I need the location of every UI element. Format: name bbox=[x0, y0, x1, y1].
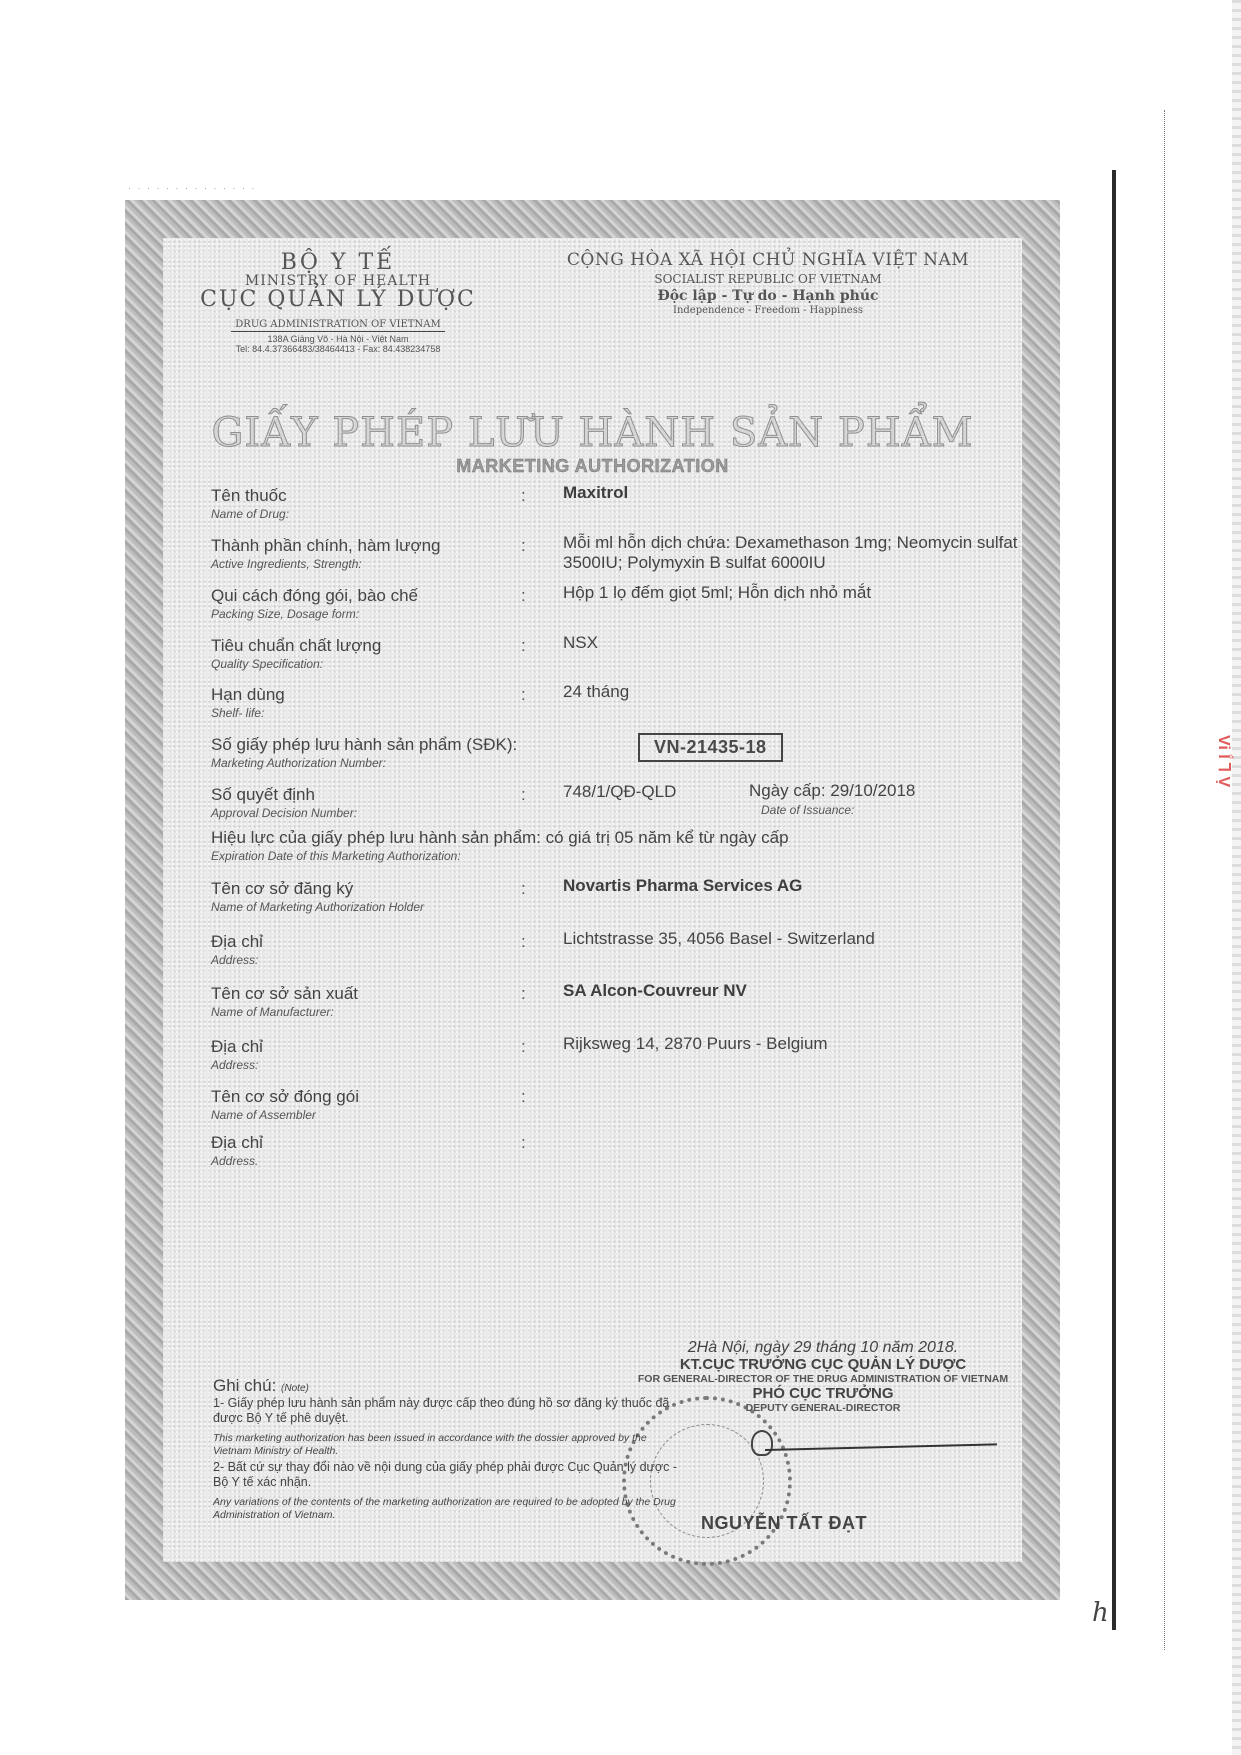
field-quality: Tiêu chuẩn chất lượng Quality Specificat… bbox=[211, 636, 1031, 671]
national-motto-en: Independence - Freedom - Happiness bbox=[538, 305, 998, 316]
agency-contact: Tel: 84.4.37366483/38464413 - Fax: 84.43… bbox=[173, 344, 503, 354]
colon: : bbox=[521, 1037, 526, 1057]
field-value: NSX bbox=[563, 633, 1033, 653]
note-1-en: This marketing authorization has been is… bbox=[213, 1432, 683, 1458]
registration-number-box: VN-21435-18 bbox=[638, 733, 783, 762]
field-label-en: Shelf- life: bbox=[211, 706, 1031, 720]
note-1: 1- Giấy phép lưu hành sản phẩm này được … bbox=[213, 1396, 683, 1426]
field-label: Địa chỉ bbox=[211, 1133, 1031, 1153]
colon: : bbox=[521, 879, 526, 899]
signature-mark bbox=[751, 1430, 773, 1456]
margin-rule bbox=[1112, 170, 1116, 1630]
field-value: Mỗi ml hỗn dịch chứa: Dexamethason 1mg; … bbox=[563, 533, 1033, 573]
colon: : bbox=[521, 984, 526, 1004]
country-name: CỘNG HÒA XÃ HỘI CHỦ NGHĨA VIỆT NAM bbox=[538, 250, 998, 270]
field-assembler-address: Địa chỉ Address. : bbox=[211, 1133, 1031, 1168]
field-value: Maxitrol bbox=[563, 483, 1033, 503]
notes-heading: Ghi chú: (Note) bbox=[213, 1376, 683, 1396]
certificate-frame: BỘ Y TẾ MINISTRY OF HEALTH CỤC QUẢN LÝ D… bbox=[125, 200, 1060, 1600]
page-edge bbox=[1232, 0, 1241, 1755]
agency-name-en: DRUG ADMINISTRATION OF VIETNAM bbox=[231, 319, 444, 332]
field-label-en: Name of Marketing Authorization Holder bbox=[211, 900, 1031, 914]
field-shelf-life: Hạn dùng Shelf- life: : 24 tháng bbox=[211, 685, 1031, 720]
field-drug-name: Tên thuốc Name of Drug: : Maxitrol bbox=[211, 486, 1031, 521]
field-packing: Qui cách đóng gói, bào chế Packing Size,… bbox=[211, 586, 1031, 621]
signatory-name: NGUYỄN TẤT ĐẠT bbox=[701, 1513, 867, 1534]
field-decision: Số quyết định Approval Decision Number: … bbox=[211, 785, 1031, 820]
issuer-header: BỘ Y TẾ MINISTRY OF HEALTH CỤC QUẢN LÝ D… bbox=[173, 250, 503, 354]
note-2: 2- Bất cứ sự thay đổi nào về nội dung củ… bbox=[213, 1460, 683, 1490]
colon: : bbox=[521, 932, 526, 952]
colon: : bbox=[521, 785, 526, 805]
field-value: Hộp 1 lọ đếm giọt 5ml; Hỗn dịch nhỏ mắt bbox=[563, 583, 1033, 603]
place-date: 2Hà Nội, ngày 29 tháng 10 năm 2018. bbox=[573, 1339, 1073, 1357]
issuance-date-label: Ngày cấp: 29/10/2018 bbox=[749, 781, 915, 801]
field-manufacturer-address: Địa chỉ Address: : Rijksweg 14, 2870 Puu… bbox=[211, 1037, 1031, 1072]
colon: : bbox=[521, 685, 526, 705]
field-label: Hiệu lực của giấy phép lưu hành sản phẩm… bbox=[211, 828, 1031, 848]
field-label: Tên cơ sở đóng gói bbox=[211, 1087, 1031, 1107]
field-value: Novartis Pharma Services AG bbox=[563, 876, 1033, 896]
agency-address: 138A Giảng Võ - Hà Nội - Việt Nam bbox=[173, 334, 503, 344]
colon: : bbox=[521, 1133, 526, 1153]
field-value: Rijksweg 14, 2870 Puurs - Belgium bbox=[563, 1034, 1033, 1054]
notes-title: Ghi chú: bbox=[213, 1376, 276, 1395]
field-label-en: Address. bbox=[211, 1154, 1031, 1168]
field-label-en: Address: bbox=[211, 953, 1031, 967]
field-ingredients: Thành phần chính, hàm lượng Active Ingre… bbox=[211, 536, 1031, 571]
field-value: 24 tháng bbox=[563, 682, 1033, 702]
national-header: CỘNG HÒA XÃ HỘI CHỦ NGHĨA VIỆT NAM SOCIA… bbox=[538, 250, 998, 316]
field-holder-address: Địa chỉ Address: : Lichtstrasse 35, 4056… bbox=[211, 932, 1031, 967]
field-assembler: Tên cơ sở đóng gói Name of Assembler : bbox=[211, 1087, 1031, 1122]
issuance-date-label-en: Date of Issuance: bbox=[749, 803, 915, 817]
ministry-name: BỘ Y TẾ bbox=[173, 250, 503, 275]
field-label-en: Address: bbox=[211, 1058, 1031, 1072]
field-label-en: Name of Assembler bbox=[211, 1108, 1031, 1122]
colon: : bbox=[521, 486, 526, 506]
field-label-en: Name of Manufacturer: bbox=[211, 1005, 1031, 1019]
field-holder: Tên cơ sở đăng ký Name of Marketing Auth… bbox=[211, 879, 1031, 914]
field-label-en: Packing Size, Dosage form: bbox=[211, 607, 1031, 621]
field-value: 748/1/QĐ-QLD bbox=[563, 782, 743, 802]
colon: : bbox=[521, 1087, 526, 1107]
colon: : bbox=[521, 536, 526, 556]
field-validity: Hiệu lực của giấy phép lưu hành sản phẩm… bbox=[211, 828, 1031, 863]
country-name-en: SOCIALIST REPUBLIC OF VIETNAM bbox=[538, 272, 998, 286]
scan-artifact: · · · · · · · · · · · · · · bbox=[128, 183, 256, 193]
dotted-margin-line bbox=[1164, 110, 1165, 1650]
agency-name: CỤC QUẢN LÝ DƯỢC bbox=[173, 287, 503, 312]
document-subtitle: MARKETING AUTHORIZATION bbox=[163, 456, 1022, 477]
field-value: SA Alcon-Couvreur NV bbox=[563, 981, 1033, 1001]
issuance-date: Ngày cấp: 29/10/2018 Date of Issuance: bbox=[749, 781, 915, 817]
signature-line bbox=[765, 1443, 997, 1451]
colon: : bbox=[521, 636, 526, 656]
field-label-en: Name of Drug: bbox=[211, 507, 1031, 521]
field-label-en: Marketing Authorization Number: bbox=[211, 756, 1031, 770]
field-manufacturer: Tên cơ sở sản xuất Name of Manufacturer:… bbox=[211, 984, 1031, 1019]
field-label-en: Quality Specification: bbox=[211, 657, 1031, 671]
field-label-en: Expiration Date of this Marketing Author… bbox=[211, 849, 1031, 863]
field-label: Số giấy phép lưu hành sản phẩm (SĐK): bbox=[211, 735, 1031, 755]
field-ma-number: Số giấy phép lưu hành sản phẩm (SĐK): Ma… bbox=[211, 735, 1031, 770]
notes-title-en: (Note) bbox=[281, 1383, 309, 1394]
signatory-role: KT.CỤC TRƯỞNG CỤC QUẢN LÝ DƯỢC bbox=[573, 1356, 1073, 1373]
colon: : bbox=[521, 586, 526, 606]
national-motto: Độc lập - Tự do - Hạnh phúc bbox=[538, 288, 998, 304]
red-stamp-fragment: Vi Ḯ Ꞁ Ṿ bbox=[1226, 735, 1238, 787]
field-value: Lichtstrasse 35, 4056 Basel - Switzerlan… bbox=[563, 929, 1033, 949]
document-title: GIẤY PHÉP LƯU HÀNH SẢN PHẨM bbox=[163, 410, 1022, 456]
notes-section: Ghi chú: (Note) 1- Giấy phép lưu hành sả… bbox=[213, 1376, 683, 1524]
handwritten-initials: h bbox=[1092, 1598, 1109, 1628]
note-2-en: Any variations of the contents of the ma… bbox=[213, 1496, 683, 1522]
